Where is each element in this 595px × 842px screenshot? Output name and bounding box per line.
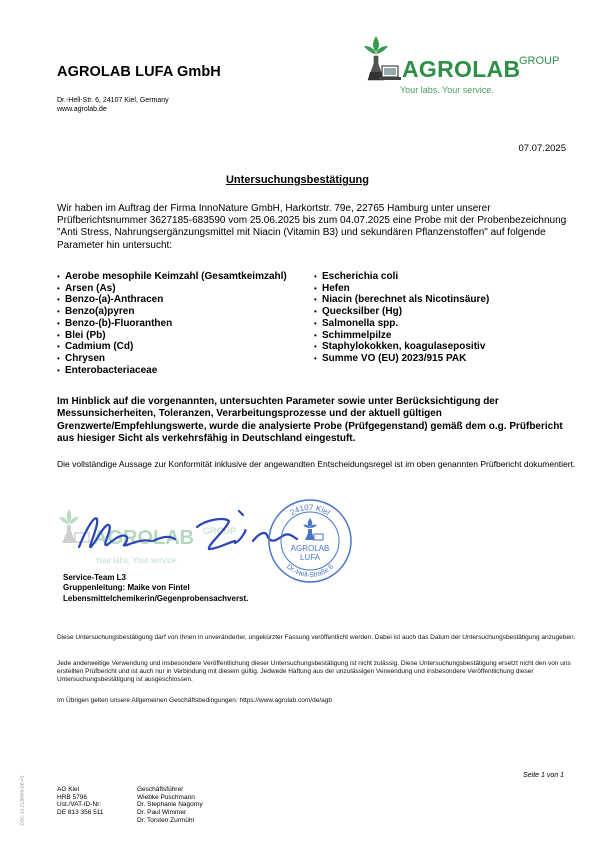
company-stamp: 24107 Kiel Dr.-Hell-Straße 6 AGROLAB LUF…	[265, 496, 355, 586]
parameter-item: Benzo-(a)-Anthracen	[57, 294, 287, 306]
intro-paragraph: Wir haben im Auftrag der Firma InnoNatur…	[57, 203, 577, 252]
svg-text:Dr.-Hell-Straße 6: Dr.-Hell-Straße 6	[285, 563, 335, 579]
footer-registry: AG Kiel HRB 5796 Ust./VAT-ID-Nr: DE 813 …	[57, 786, 104, 817]
document-title: Untersuchungsbestätigung	[0, 174, 595, 186]
conformity-note: Die vollständige Aussage zur Konformität…	[57, 459, 577, 470]
parameter-item: Schimmelpilze	[314, 330, 489, 342]
parameter-item: Aerobe mesophile Keimzahl (Gesamtkeimzah…	[57, 271, 287, 283]
parameter-item: Blei (Pb)	[57, 330, 287, 342]
parameter-list-left: Aerobe mesophile Keimzahl (Gesamtkeimzah…	[57, 271, 287, 376]
footer-line: Geschäftsführer	[137, 786, 203, 794]
parameter-item: Salmonella spp.	[314, 318, 489, 330]
logo-wordmark: AGROLAB	[402, 56, 520, 83]
footer-line: Dr. Stephanie Nagorny	[137, 801, 203, 809]
parameter-item: Hefen	[314, 283, 489, 295]
svg-text:AGROLAB: AGROLAB	[93, 527, 194, 549]
svg-text:24107 Kiel: 24107 Kiel	[289, 503, 332, 517]
footer-line: Dr. Paul Wimmer	[137, 809, 203, 817]
parameter-item: Quecksilber (Hg)	[314, 306, 489, 318]
signatory-block: Service-Team L3 Gruppenleitung: Maike vo…	[63, 573, 248, 604]
footer-management: Geschäftsführer Wiebke Puschmann Dr. Ste…	[137, 786, 203, 825]
parameter-item: Chrysen	[57, 353, 287, 365]
footer-line: Wiebke Puschmann	[137, 794, 203, 802]
parameter-item: Staphylokokken, koagulasepositiv	[314, 341, 489, 353]
terms-note: Im Übrigen gelten unsere Allgemeinen Ges…	[57, 697, 577, 705]
document-id: DOC-13-2128699-DE-P1	[20, 746, 25, 826]
conclusion-paragraph: Im Hinblick auf die vorgenannten, unters…	[57, 396, 577, 445]
footer-line: DE 813 356 511	[57, 809, 104, 817]
parameter-item: Benzo(a)pyren	[57, 306, 287, 318]
footer-line: HRB 5796	[57, 794, 104, 802]
company-name: AGROLAB LUFA GmbH	[57, 64, 221, 80]
parameter-item: Summe VO (EU) 2023/915 PAK	[314, 353, 489, 365]
parameter-item: Enterobacteriaceae	[57, 365, 287, 377]
parameter-list-right: Escherichia coliHefenNiacin (berechnet a…	[314, 271, 489, 365]
parameter-item: Niacin (berechnet als Nicotinsäure)	[314, 294, 489, 306]
logo-tagline: Your labs. Your service.	[400, 85, 494, 95]
parameter-item: Arsen (As)	[57, 283, 287, 295]
website-link[interactable]: www.agrolab.de	[57, 105, 169, 114]
usage-restriction-note: Jede anderweitige Verwendung und insbeso…	[57, 660, 577, 685]
address-line: Dr.-Hell-Str. 6, 24107 Kiel, Germany	[57, 96, 169, 105]
logo-group-label: GROUP	[519, 55, 559, 67]
footer-line: AG Kiel	[57, 786, 104, 794]
footer-line: Ust./VAT-ID-Nr:	[57, 801, 104, 809]
company-address: Dr.-Hell-Str. 6, 24107 Kiel, Germany www…	[57, 96, 169, 114]
page-number: Seite 1 von 1	[523, 772, 564, 779]
signatory-name: Gruppenleitung: Maike von Fintel	[63, 583, 248, 593]
signatory-team: Service-Team L3	[63, 573, 248, 583]
svg-text:LUFA: LUFA	[300, 553, 321, 562]
document-date: 07.07.2025	[518, 143, 566, 154]
flask-laptop-plant-icon	[362, 32, 406, 88]
signatory-role: Lebensmittelchemikerin/Gegenprobensachve…	[63, 594, 248, 604]
agrolab-logo: AGROLAB GROUP Your labs. Your service.	[362, 32, 562, 102]
parameter-item: Cadmium (Cd)	[57, 341, 287, 353]
svg-text:Your labs. Your service.: Your labs. Your service.	[95, 556, 178, 565]
publication-note: Diese Untersuchungsbestätigung darf von …	[57, 634, 577, 642]
footer-line: Dr. Torsten Zurmühl	[137, 817, 203, 825]
parameter-item: Escherichia coli	[314, 271, 489, 283]
parameter-item: Benzo-(b)-Fluoranthen	[57, 318, 287, 330]
svg-text:AGROLAB: AGROLAB	[291, 544, 330, 553]
